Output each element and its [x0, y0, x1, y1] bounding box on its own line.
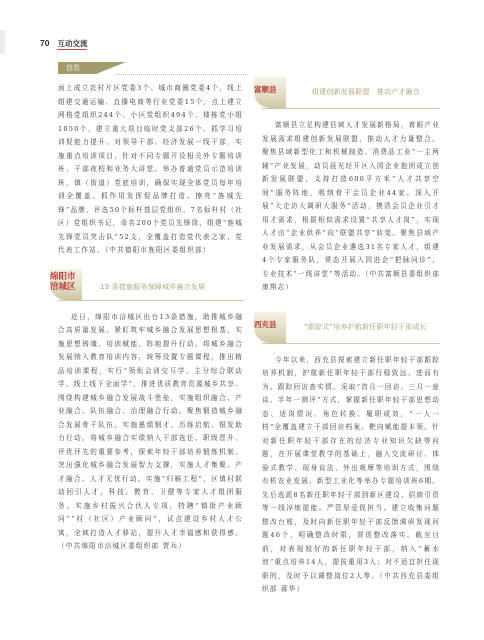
article-body-fucheng: 近日，绵阳市涪城区出台13条措施，助推城乡融合高质量发展。紧盯筑牢城乡融合发展思…	[58, 311, 243, 554]
right-column: 富顺县 组建创新发展联盟 推动产才融合 富顺县立足构建县域人才发展新格局，着眼产…	[262, 80, 440, 597]
article-body-xichong: 今年以来，西充县探索建立新任职年轻干部跟踪培养机制，护航新任职年轻干部行稳致远、…	[262, 354, 440, 597]
page-number: 70	[40, 38, 49, 48]
info-section-tag: 信息	[58, 62, 96, 74]
article-continuation-text: 面上成立农村片区党委3个、城市商圈党委4个，线上组建交通运输、直播电商等行业党委…	[58, 82, 243, 258]
article-body-fushun: 富顺县立足构建县域人才发展新格局，着眼产业发展需求组建创新发展联盟，推动人才力量…	[262, 119, 440, 295]
info-tag-wedge	[96, 62, 126, 74]
page-side-tab	[0, 30, 5, 54]
info-section-bar: 信息	[58, 62, 244, 78]
article-header-xichong: 西充县 “跟踪式”培养护航新任职年轻干部成长	[262, 315, 440, 344]
region-name-fushun: 富顺县	[254, 85, 288, 95]
article-title-fucheng: 13 条措施服务保障城乡融合发展	[100, 282, 205, 292]
article-title-fushun: 组建创新发展联盟 推动产才融合	[312, 87, 420, 97]
page-section-title: 互动交流	[57, 38, 87, 50]
article-header-fushun: 富顺县 组建创新发展联盟 推动产才融合	[262, 80, 440, 109]
page-header: 70 互动交流	[40, 38, 87, 52]
region-name-fucheng: 绵阳市 涪城区	[50, 272, 84, 292]
left-column: 信息 面上成立农村片区党委3个、城市商圈党委4个，线上组建交通运输、直播电商等行…	[58, 62, 243, 554]
article-header-fucheng: 绵阳市 涪城区 13 条措施服务保障城乡融合发展	[58, 272, 244, 301]
region-name-xichong: 西充县	[254, 320, 288, 330]
info-dotted-rule	[116, 74, 248, 75]
article-title-xichong: “跟踪式”培养护航新任职年轻干部成长	[304, 322, 427, 332]
